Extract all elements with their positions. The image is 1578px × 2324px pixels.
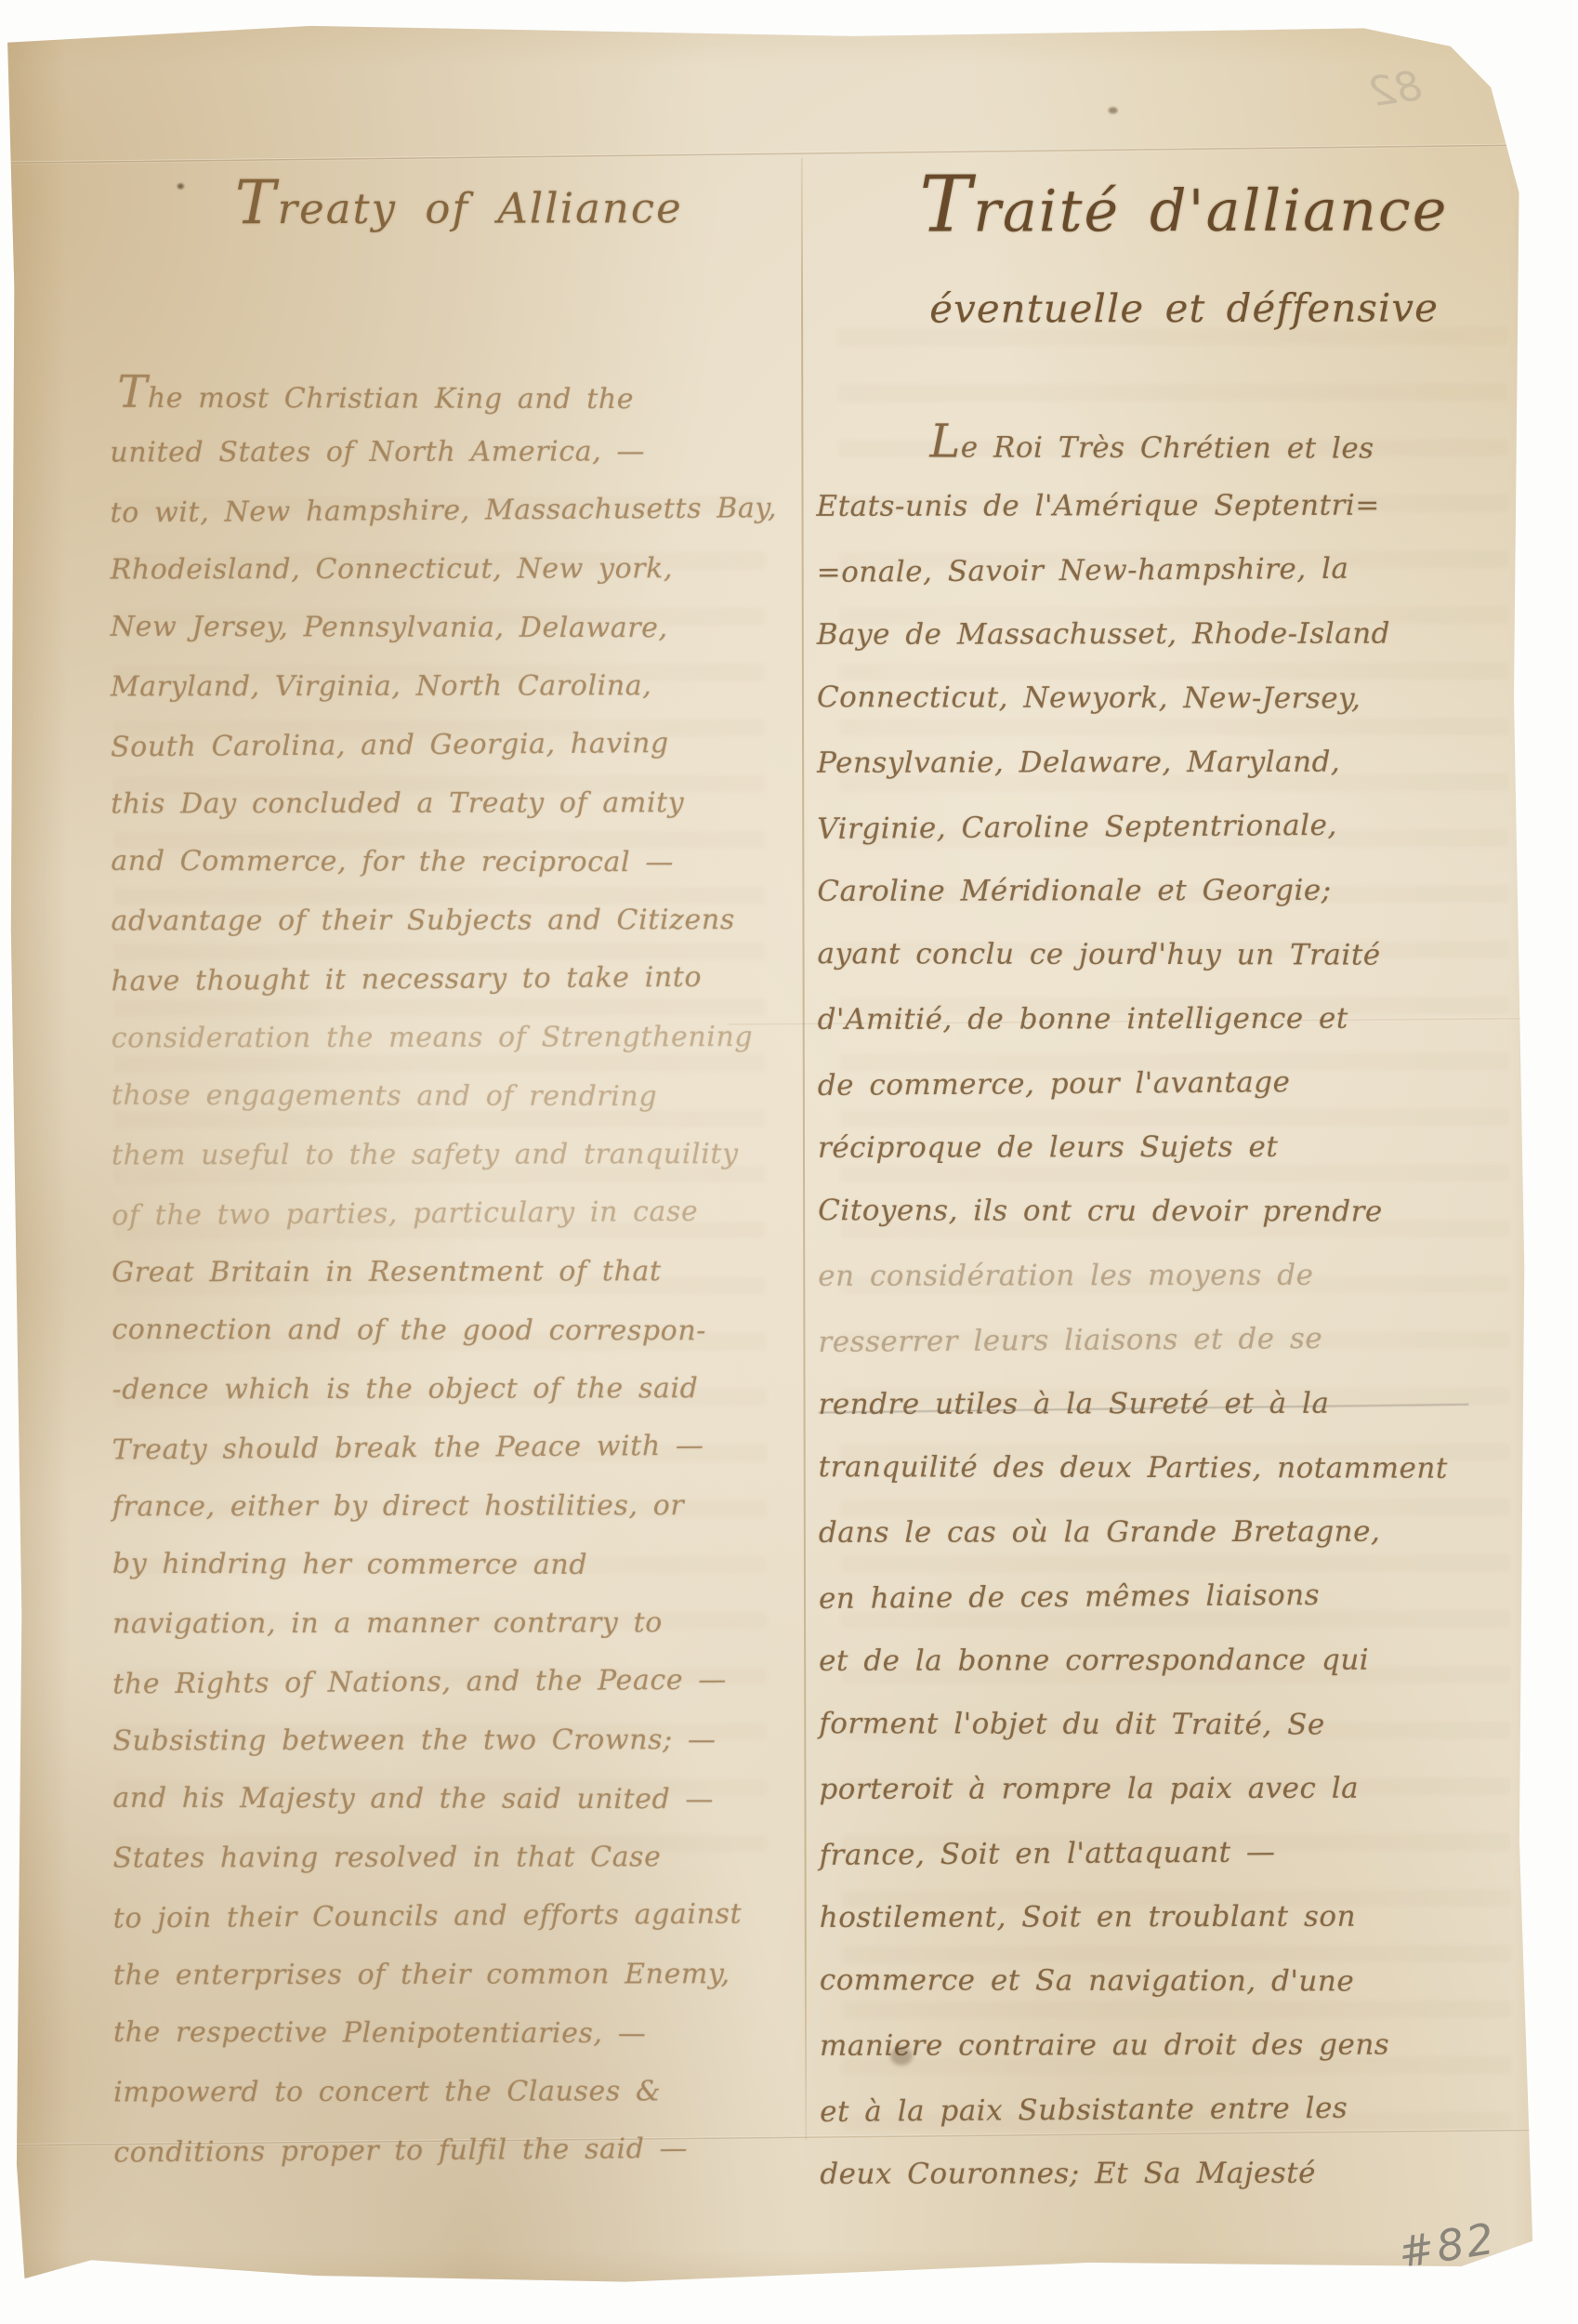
pencil-catalog-annotation: #82 [1395,2212,1500,2278]
manuscript-line-english: have thought it necessary to take into [111,947,809,1011]
manuscript-line-french: porteroit à rompre la paix avec la [819,1756,1555,1822]
manuscript-line-english: this Day concluded a Treaty of amity [111,773,809,834]
pencil-page-number: 1 [1508,70,1538,118]
manuscript-line-french: réciproque de leurs Sujets et [818,1115,1554,1181]
manuscript-line-english: the respective Plenipotentiaries, — [113,2003,812,2064]
manuscript-line-english: Rhodeisland, Connecticut, New york, [111,539,809,600]
document-page: Treaty of Alliance The most Christian Ki… [0,0,1578,2324]
manuscript-line-english: them useful to the safety and tranquilit… [112,1125,810,1185]
english-column: Treaty of Alliance The most Christian Ki… [110,160,813,2181]
manuscript-line-french: Citoyens, ils ont cru devoir prendre [818,1179,1554,1245]
manuscript-line-french: tranquilité des deux Parties, notamment [819,1435,1555,1501]
manuscript-line-english: Maryland, Virginia, North Carolina, [111,656,809,717]
manuscript-line-french: maniere contraire au droit des gens [820,2013,1556,2079]
manuscript-line-french: et à la paix Subsistante entre les [820,2075,1556,2145]
manuscript-line-english: conditions proper to fulfil the said — [113,2119,812,2183]
manuscript-line-french: france, Soit en l'attaquant — [819,1818,1555,1888]
parchment-sheet: Treaty of Alliance The most Christian Ki… [1,9,1554,2301]
manuscript-line-english: advantage of their Subjects and Citizens [111,891,809,951]
manuscript-line-english: Great Britain in Resentment of that [112,1242,810,1302]
manuscript-line-english: france, either by direct hostilities, or [112,1476,811,1537]
ink-blot [1109,107,1118,113]
manuscript-line-english: the enterprises of their common Enemy, [113,1945,812,2005]
manuscript-line-english: those engagements and of rendring [112,1066,810,1127]
manuscript-line-english: and Commerce, for the reciprocal — [111,832,809,892]
manuscript-line-french: deux Couronnes; Et Sa Majesté [820,2141,1556,2207]
manuscript-line-french: en haine de ces mêmes liaisons [819,1562,1555,1631]
french-heading-line2: éventuelle et déffensive [816,275,1552,342]
english-body: The most Christian King and the united S… [110,363,812,2181]
manuscript-line-english: Subsisting between the two Crowns; — [112,1710,811,1771]
manuscript-line-english: impowerd to concert the Clauses & [113,2062,812,2122]
manuscript-line-english: The most Christian King and the [110,363,809,424]
manuscript-line-french: d'Amitié, de bonne intelligence et [818,986,1554,1052]
manuscript-line-french: Caroline Méridionale et Georgie; [817,858,1553,924]
manuscript-line-french: resserrer leurs liaisons et de se [818,1305,1554,1375]
manuscript-line-english: the Rights of Nations, and the Peace — [112,1650,811,1714]
manuscript-line-english: connection and of the good correspon- [112,1301,810,1361]
manuscript-line-french: dans le cas où la Grande Bretagne, [819,1499,1555,1565]
ink-blot [178,183,184,189]
manuscript-line-english: Treaty should break the Peace with — [112,1416,810,1480]
manuscript-line-english: New Jersey, Pennsylvania, Delaware, [111,598,809,658]
manuscript-line-english: by hindring her commerce and [112,1535,811,1595]
manuscript-line-english: and his Majesty and the said united — [112,1769,811,1829]
manuscript-line-french: hostilement, Soit en troublant son [820,1884,1556,1950]
french-body: Le Roi Très Chrétien et les Etats-unis d… [816,409,1556,2207]
manuscript-line-english: States having resolved in that Case [113,1828,812,1888]
manuscript-line-english: consideration the means of Strengthening [112,1008,810,1068]
manuscript-line-english: -dence which is the object of the said [112,1359,810,1419]
manuscript-line-french: Baye de Massachusset, Rhode-Island [817,601,1553,667]
pencil-ghost-annotation: 82 [1366,62,1425,116]
manuscript-line-french: =onale, Savoir New-hampshire, la [816,535,1552,605]
manuscript-line-french: Le Roi Très Chrétien et les [816,409,1552,475]
manuscript-line-french: Pensylvanie, Delaware, Maryland, [817,730,1553,796]
manuscript-line-french: forment l'objet du dit Traité, Se [819,1692,1555,1758]
manuscript-line-french: Connecticut, Newyork, New-Jersey, [817,666,1553,732]
french-column: Traité d'alliance éventuelle et déffensi… [816,138,1557,2207]
manuscript-line-french: Virginie, Caroline Septentrionale, [817,792,1553,862]
manuscript-line-english: South Carolina, and Georgia, having [111,713,809,777]
manuscript-line-french: ayant conclu ce jourd'huy un Traité [817,922,1553,988]
manuscript-line-english: navigation, in a manner contrary to [112,1593,811,1654]
manuscript-line-french: commerce et Sa navigation, d'une [820,1948,1556,2014]
manuscript-line-french: et de la bonne correspondance qui [819,1628,1555,1694]
manuscript-line-english: of the two parties, particulary in case [112,1182,810,1246]
manuscript-line-french: de commerce, pour l'avantage [818,1049,1554,1118]
french-heading-line1: Traité d'alliance [816,138,1552,277]
ink-blot [890,2047,913,2066]
manuscript-line-french: en considération les moyens de [818,1243,1554,1309]
manuscript-line-english: to wit, New hampshire, Massachusetts Bay… [110,479,809,543]
manuscript-line-english: to join their Councils and efforts again… [112,1884,811,1948]
manuscript-line-english: united States of North America, — [110,422,809,482]
english-heading: Treaty of Alliance [110,160,809,252]
manuscript-line-french: Etats-unis de l'Amérique Septentri= [816,473,1552,539]
